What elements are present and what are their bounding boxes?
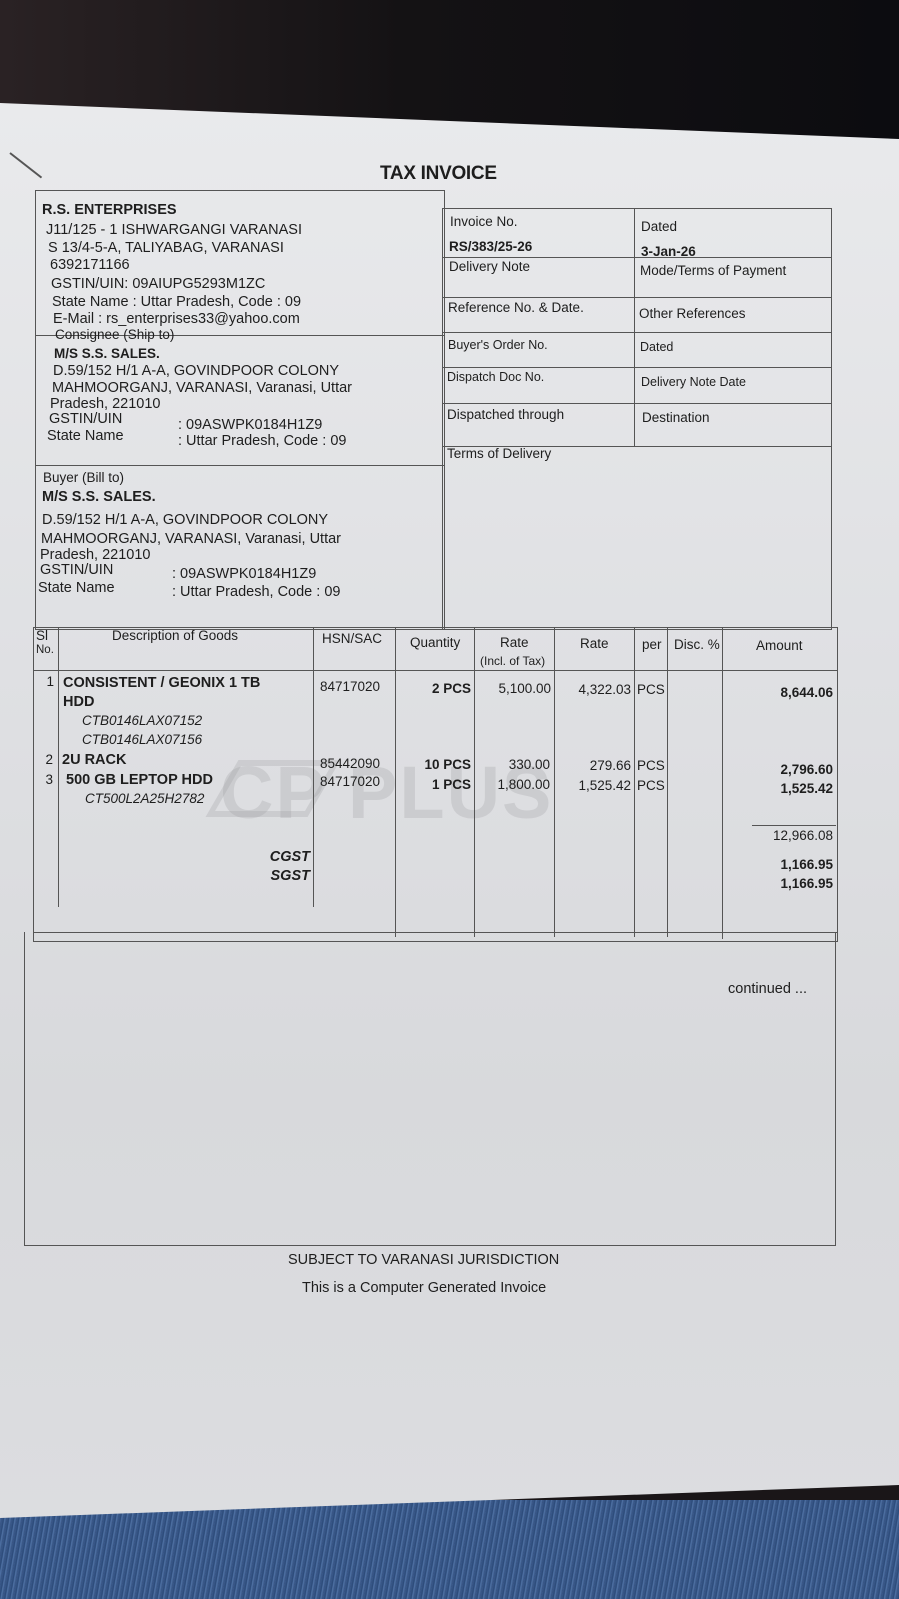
consignee-gstin-label: GSTIN/UIN [49,411,122,427]
reference-label: Reference No. & Date. [448,300,584,315]
header-quantity: Quantity [410,635,460,650]
dispatched-through-label: Dispatched through [447,407,564,422]
header-rate: Rate [580,636,609,651]
buyer-address-2: MAHMOORGANJ, VARANASI, Varanasi, Uttar [41,531,341,547]
header-rate-incl-note: (Incl. of Tax) [480,654,545,668]
buyer-name: M/S S.S. SALES. [42,489,156,505]
continued-note: continued ... [728,981,807,997]
item-3-serial-1: CT500L2A25H2782 [85,791,204,806]
seller-address-2: S 13/4-5-A, TALIYABAG, VARANASI [48,240,284,256]
header-sl-no: No. [36,644,54,656]
col-divider [554,627,555,937]
jurisdiction-note: SUBJECT TO VARANASI JURISDICTION [288,1252,559,1268]
header-description: Description of Goods [112,628,238,643]
delivery-note-label: Delivery Note [449,259,530,274]
item-2-quantity: 10 PCS [396,757,471,772]
consignee-name: M/S S.S. SALES. [54,346,160,361]
item-1-description-2: HDD [63,694,94,710]
col-divider [722,627,723,939]
buyers-order-dated-label: Dated [640,340,673,355]
divider [442,403,832,404]
item-3-rate-incl: 1,800.00 [476,777,550,792]
subtotal-rule [752,825,836,826]
invoice-no-label: Invoice No. [450,214,518,229]
item-2-hsn: 85442090 [320,756,380,771]
item-2-amount: 2,796.60 [725,762,833,777]
invoice-no-value: RS/383/25-26 [449,239,532,254]
item-2-rate: 279.66 [556,758,631,773]
seller-email: E-Mail : rs_enterprises33@yahoo.com [53,311,300,327]
col-divider [474,627,475,937]
item-2-per: PCS [637,758,665,773]
header-amount: Amount [756,638,803,653]
document-title: TAX INVOICE [380,163,497,185]
consignee-state-label: State Name [47,428,124,444]
col-divider [313,627,314,907]
seller-state: State Name : Uttar Pradesh, Code : 09 [52,294,301,310]
consignee-address-1: D.59/152 H/1 A-A, GOVINDPOOR COLONY [53,363,339,379]
dispatch-doc-label: Dispatch Doc No. [447,370,544,385]
divider [35,465,445,466]
item-1-amount: 8,644.06 [725,685,833,700]
continuation-box [24,932,836,1246]
other-references-label: Other References [639,306,746,321]
divider [634,208,635,446]
item-1-hsn: 84717020 [320,679,380,694]
item-2-sl: 2 [35,752,53,767]
item-3-per: PCS [637,778,665,793]
seller-gstin: GSTIN/UIN: 09AIUPG5293M1ZC [51,276,265,292]
subtotal-amount: 12,966.08 [725,828,833,843]
consignee-gstin-value: : 09ASWPK0184H1Z9 [178,417,322,433]
item-2-rate-incl: 330.00 [476,757,550,772]
item-1-rate-incl: 5,100.00 [476,681,551,696]
col-divider [58,627,59,907]
divider [442,367,832,368]
item-3-hsn: 84717020 [320,774,380,789]
item-3-quantity: 1 PCS [396,777,471,792]
delivery-note-date-label: Delivery Note Date [641,375,746,390]
divider [442,332,832,333]
buyers-order-label: Buyer's Order No. [448,338,548,353]
divider [442,257,832,258]
item-1-serial-1: CTB0146LAX07152 [82,713,202,728]
sgst-label: SGST [200,868,310,884]
destination-label: Destination [642,410,710,425]
divider [442,297,832,298]
buyer-address-3: Pradesh, 221010 [40,547,150,563]
cgst-label: CGST [200,849,310,865]
dated-value: 3-Jan-26 [641,244,696,259]
header-sl: Sl [36,628,48,643]
computer-generated-note: This is a Computer Generated Invoice [302,1280,546,1296]
col-divider [667,627,668,937]
item-1-rate: 4,322.03 [556,682,631,697]
buyer-gstin-label: GSTIN/UIN [40,562,113,578]
sgst-amount: 1,166.95 [725,876,833,891]
item-3-sl: 3 [35,772,53,787]
consignee-state-value: : Uttar Pradesh, Code : 09 [178,433,346,449]
background-denim [0,1500,899,1599]
cgst-amount: 1,166.95 [725,857,833,872]
consignee-address-2: MAHMOORGANJ, VARANASI, Varanasi, Uttar [52,380,352,396]
payment-terms-label: Mode/Terms of Payment [640,263,786,278]
consignee-address-3: Pradesh, 221010 [50,396,160,412]
buyer-gstin-value: : 09ASWPK0184H1Z9 [172,566,316,582]
item-3-rate: 1,525.42 [556,778,631,793]
buyer-heading: Buyer (Bill to) [43,470,124,485]
seller-name: R.S. ENTERPRISES [42,202,177,218]
buyer-state-value: : Uttar Pradesh, Code : 09 [172,584,340,600]
seller-phone: 6392171166 [50,257,130,273]
seller-address-1: J11/125 - 1 ISHWARGANGI VARANASI [46,222,302,238]
dated-label: Dated [641,219,677,234]
buyer-state-label: State Name [38,580,115,596]
col-divider [634,627,635,937]
header-per: per [642,637,662,652]
buyer-address-1: D.59/152 H/1 A-A, GOVINDPOOR COLONY [42,512,328,528]
header-disc: Disc. % [674,637,720,652]
item-1-description: CONSISTENT / GEONIX 1 TB [63,675,260,691]
item-2-description: 2U RACK [62,752,126,768]
consignee-heading: Consignee (Ship to) [55,327,174,342]
item-1-serial-2: CTB0146LAX07156 [82,732,202,747]
header-hsn: HSN/SAC [322,631,382,646]
item-1-quantity: 2 PCS [398,681,471,696]
terms-of-delivery-label: Terms of Delivery [447,446,551,461]
item-1-per: PCS [637,682,665,697]
table-header-divider [33,670,838,671]
header-rate-incl: Rate [500,635,529,650]
item-1-sl: 1 [36,674,54,689]
item-3-amount: 1,525.42 [725,781,833,796]
item-3-description: 500 GB LEPTOP HDD [66,772,213,788]
